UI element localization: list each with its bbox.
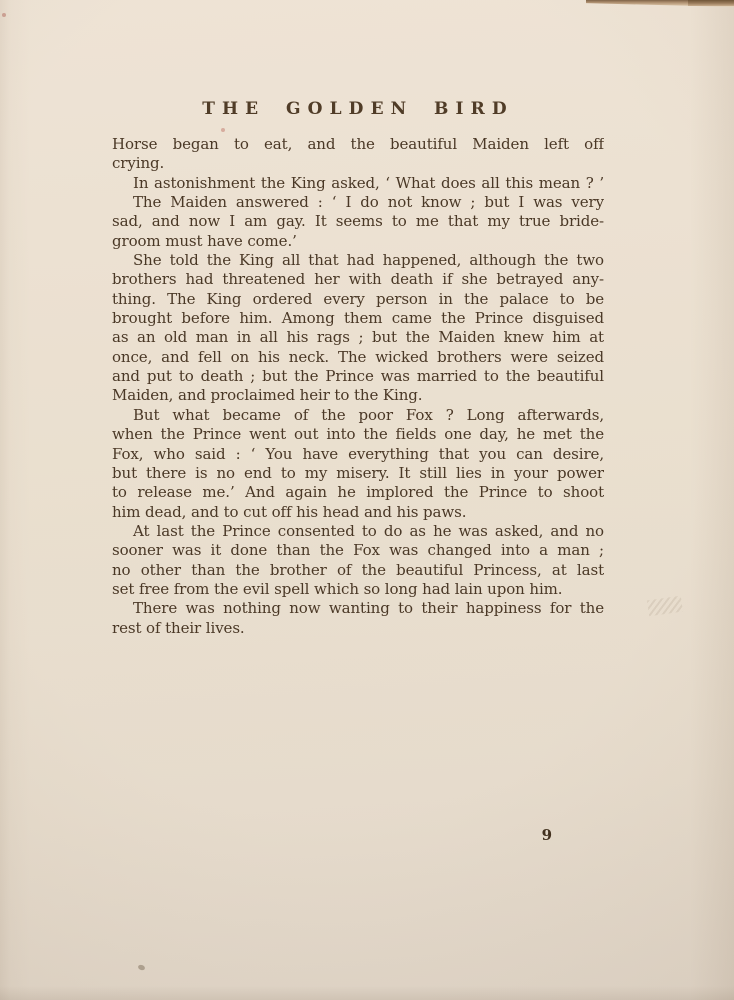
page-number: 9	[112, 826, 552, 844]
text-line: set free from the evil spell which so lo…	[112, 580, 604, 599]
text-line: She told the King all that had happened,…	[112, 251, 604, 270]
text-line: groom must have come.’	[112, 232, 604, 251]
text-line: Maiden, and proclaimed heir to the King.	[112, 386, 604, 405]
text-line: sooner was it done than the Fox was chan…	[112, 541, 604, 560]
book-page: THE GOLDEN BIRD Horse began to eat, and …	[0, 0, 734, 1000]
text-line: The Maiden answered : ‘ I do not know ; …	[112, 193, 604, 212]
text-line: brothers had threatened her with death i…	[112, 270, 604, 289]
paper-speck	[137, 964, 145, 971]
paper-scratch	[647, 596, 683, 617]
text-line: no other than the brother of the beautif…	[112, 561, 604, 580]
text-line: sad, and now I am gay. It seems to me th…	[112, 212, 604, 231]
page-edge-corner	[688, 0, 734, 6]
text-line: Fox, who said : ‘ You have everything th…	[112, 445, 604, 464]
text-line: thing. The King ordered every person in …	[112, 290, 604, 309]
text-line: rest of their lives.	[112, 619, 604, 638]
text-line: But what became of the poor Fox ? Long a…	[112, 406, 604, 425]
text-line: At last the Prince consented to do as he…	[112, 522, 604, 541]
text-block: Horse began to eat, and the beautiful Ma…	[112, 135, 604, 638]
page-title: THE GOLDEN BIRD	[112, 99, 604, 119]
paper-speck	[2, 13, 6, 17]
text-line: There was nothing now wanting to their h…	[112, 599, 604, 618]
text-line: In astonishment the King asked, ‘ What d…	[112, 174, 604, 193]
paper-speck	[221, 128, 225, 132]
text-line: him dead, and to cut off his head and hi…	[112, 503, 604, 522]
text-line: Horse began to eat, and the beautiful Ma…	[112, 135, 604, 154]
text-line: brought before him. Among them came the …	[112, 309, 604, 328]
text-line: as an old man in all his rags ; but the …	[112, 328, 604, 347]
text-line: once, and fell on his neck. The wicked b…	[112, 348, 604, 367]
bottom-shade	[0, 986, 734, 1000]
text-line: crying.	[112, 154, 604, 173]
text-line: and put to death ; but the Prince was ma…	[112, 367, 604, 386]
text-line: to release me.’ And again he implored th…	[112, 483, 604, 502]
text-line: but there is no end to my misery. It sti…	[112, 464, 604, 483]
text-line: when the Prince went out into the fields…	[112, 425, 604, 444]
